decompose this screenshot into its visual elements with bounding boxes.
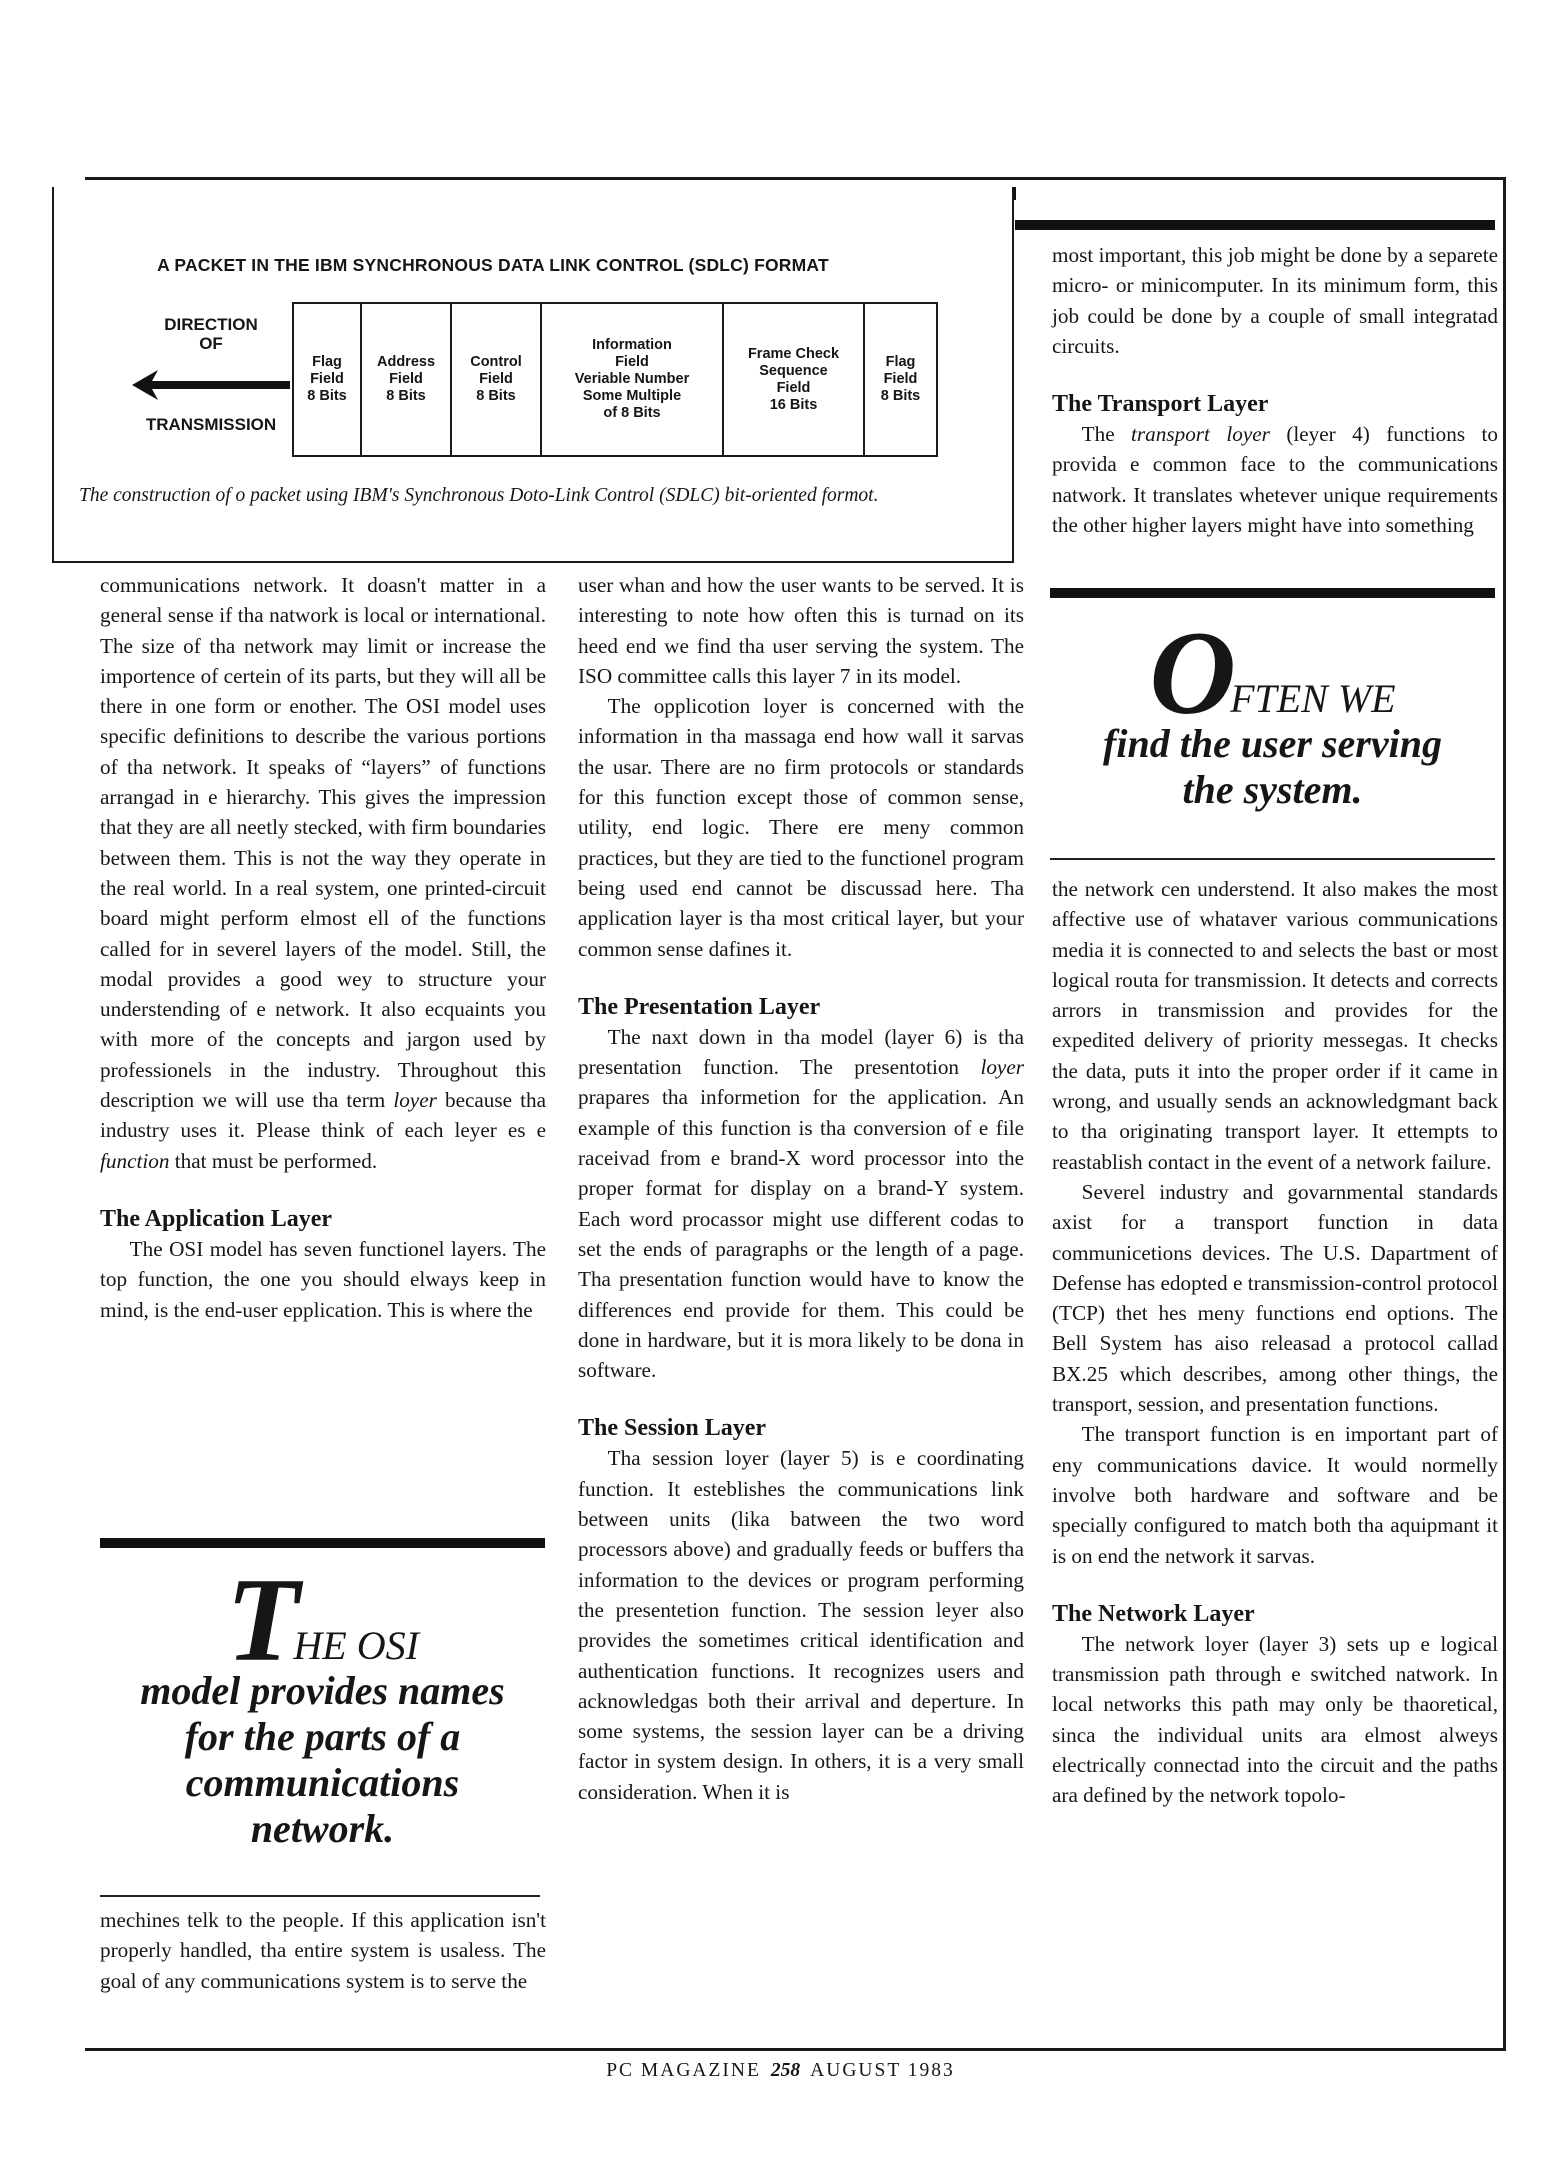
body-paragraph: The OSI model has seven functionel layer… [100, 1234, 546, 1325]
column-1-top: communications network. It doasn't matte… [100, 570, 546, 1325]
section-heading-network-layer: The Network Layer [1052, 1599, 1498, 1629]
section-heading-application-layer: The Application Layer [100, 1204, 546, 1234]
page-frame-bottom-rule [85, 2048, 1506, 2051]
pullquote-bottom-rule [100, 1895, 540, 1897]
packet-field-label: Field [881, 371, 921, 388]
packet-field-label: 8 Bits [881, 388, 921, 405]
publication-name: PC MAGAZINE [606, 2060, 761, 2081]
packet-field-label: Field [377, 371, 435, 388]
drop-cap: O [1149, 625, 1236, 721]
packet-field-label: 8 Bits [377, 388, 435, 405]
packet-field-label: Some Multiple [575, 388, 689, 405]
packet-field-label: 8 Bits [470, 388, 522, 405]
body-paragraph: The naxt down in tha model (layer 6) is … [578, 1022, 1024, 1386]
drop-cap: T [226, 1572, 299, 1668]
packet-field-label: 8 Bits [307, 388, 347, 405]
direction-label-line1: DIRECTION [126, 315, 296, 335]
body-paragraph: mechines telk to the people. If this app… [100, 1905, 546, 1996]
packet-field-cell: AddressField8 Bits [362, 304, 452, 455]
packet-field-label: Sequence [748, 363, 839, 380]
body-paragraph: most important, this job might be done b… [1052, 240, 1498, 361]
body-paragraph: The opplicotion loyer is concerned with … [578, 691, 1024, 964]
packet-field-cell: FlagField8 Bits [294, 304, 362, 455]
section-heading-session-layer: The Session Layer [578, 1413, 1024, 1443]
sdlc-figure: A PACKET IN THE IBM SYNCHRONOUS DATA LIN… [52, 187, 1014, 563]
pullquote-top-bar [1050, 588, 1495, 598]
packet-field-label: Field [307, 371, 347, 388]
page-frame-right-rule [1503, 177, 1506, 2051]
figure-title: A PACKET IN THE IBM SYNCHRONOUS DATA LIN… [14, 255, 972, 276]
body-paragraph: the network cen understend. It also make… [1052, 874, 1498, 1177]
column-3-top: most important, this job might be done b… [1052, 240, 1498, 540]
packet-field-label: Frame Check [748, 346, 839, 363]
column-2: user whan and how the user wants to be s… [578, 570, 1024, 1807]
body-paragraph: communications network. It doasn't matte… [100, 570, 546, 1176]
pullquote-text: model provides names for the parts of a … [100, 1668, 545, 1852]
left-arrow-icon [132, 370, 290, 400]
packet-field-label: Flag [307, 354, 347, 371]
packet-field-label: Address [377, 354, 435, 371]
packet-field-cell: InformationFieldVeriable NumberSome Mult… [542, 304, 724, 455]
body-paragraph: The transport loyer (leyer 4) functions … [1052, 419, 1498, 540]
page-number: 258 [771, 2060, 800, 2081]
packet-field-cell: FlagField8 Bits [865, 304, 936, 455]
packet-field-cell: Frame CheckSequenceField16 Bits [724, 304, 865, 455]
packet-diagram: FlagField8 BitsAddressField8 BitsControl… [292, 302, 938, 457]
packet-field-label: Information [575, 337, 689, 354]
pullquote-bottom-rule [1050, 858, 1495, 860]
page-frame-top-rule [85, 177, 1506, 180]
section-heading-transport-layer: The Transport Layer [1052, 389, 1498, 419]
column-1-bottom: mechines telk to the people. If this app… [100, 1905, 546, 1996]
figure-caption: The construction of o packet using IBM's… [79, 485, 979, 507]
packet-field-label: 16 Bits [748, 397, 839, 414]
body-paragraph: The transport function is en important p… [1052, 1419, 1498, 1570]
issue-date: AUGUST 1983 [810, 2060, 955, 2081]
body-paragraph: Tha session loyer (layer 5) is e coordin… [578, 1443, 1024, 1807]
body-paragraph: user whan and how the user wants to be s… [578, 570, 1024, 691]
packet-field-cell: ControlField8 Bits [452, 304, 542, 455]
body-paragraph: The network loyer (layer 3) sets up e lo… [1052, 1629, 1498, 1811]
packet-field-label: Field [470, 371, 522, 388]
pullquote-text: find the user serving the system. [1050, 721, 1495, 813]
pullquote-often: OFTEN WE find the user serving the syste… [1050, 625, 1495, 813]
direction-of-transmission: DIRECTION OF TRANSMISSION [126, 315, 296, 439]
pullquote-osi: THE OSI model provides names for the par… [100, 1572, 545, 1852]
column-3-top-bar [1015, 220, 1495, 230]
body-paragraph: Severel industry and govarnmental standa… [1052, 1177, 1498, 1419]
packet-field-label: Control [470, 354, 522, 371]
packet-field-label: of 8 Bits [575, 405, 689, 422]
packet-field-label: Field [575, 354, 689, 371]
direction-label-line2: OF [126, 334, 296, 354]
direction-label-line3: TRANSMISSION [126, 415, 296, 435]
packet-field-label: Flag [881, 354, 921, 371]
packet-field-label: Veriable Number [575, 371, 689, 388]
section-heading-presentation-layer: The Presentation Layer [578, 992, 1024, 1022]
column-3-bottom: the network cen understend. It also make… [1052, 874, 1498, 1811]
pullquote-top-bar [100, 1538, 545, 1548]
page-footer: PC MAGAZINE258AUGUST 1983 [0, 2060, 1561, 2082]
packet-field-label: Field [748, 380, 839, 397]
